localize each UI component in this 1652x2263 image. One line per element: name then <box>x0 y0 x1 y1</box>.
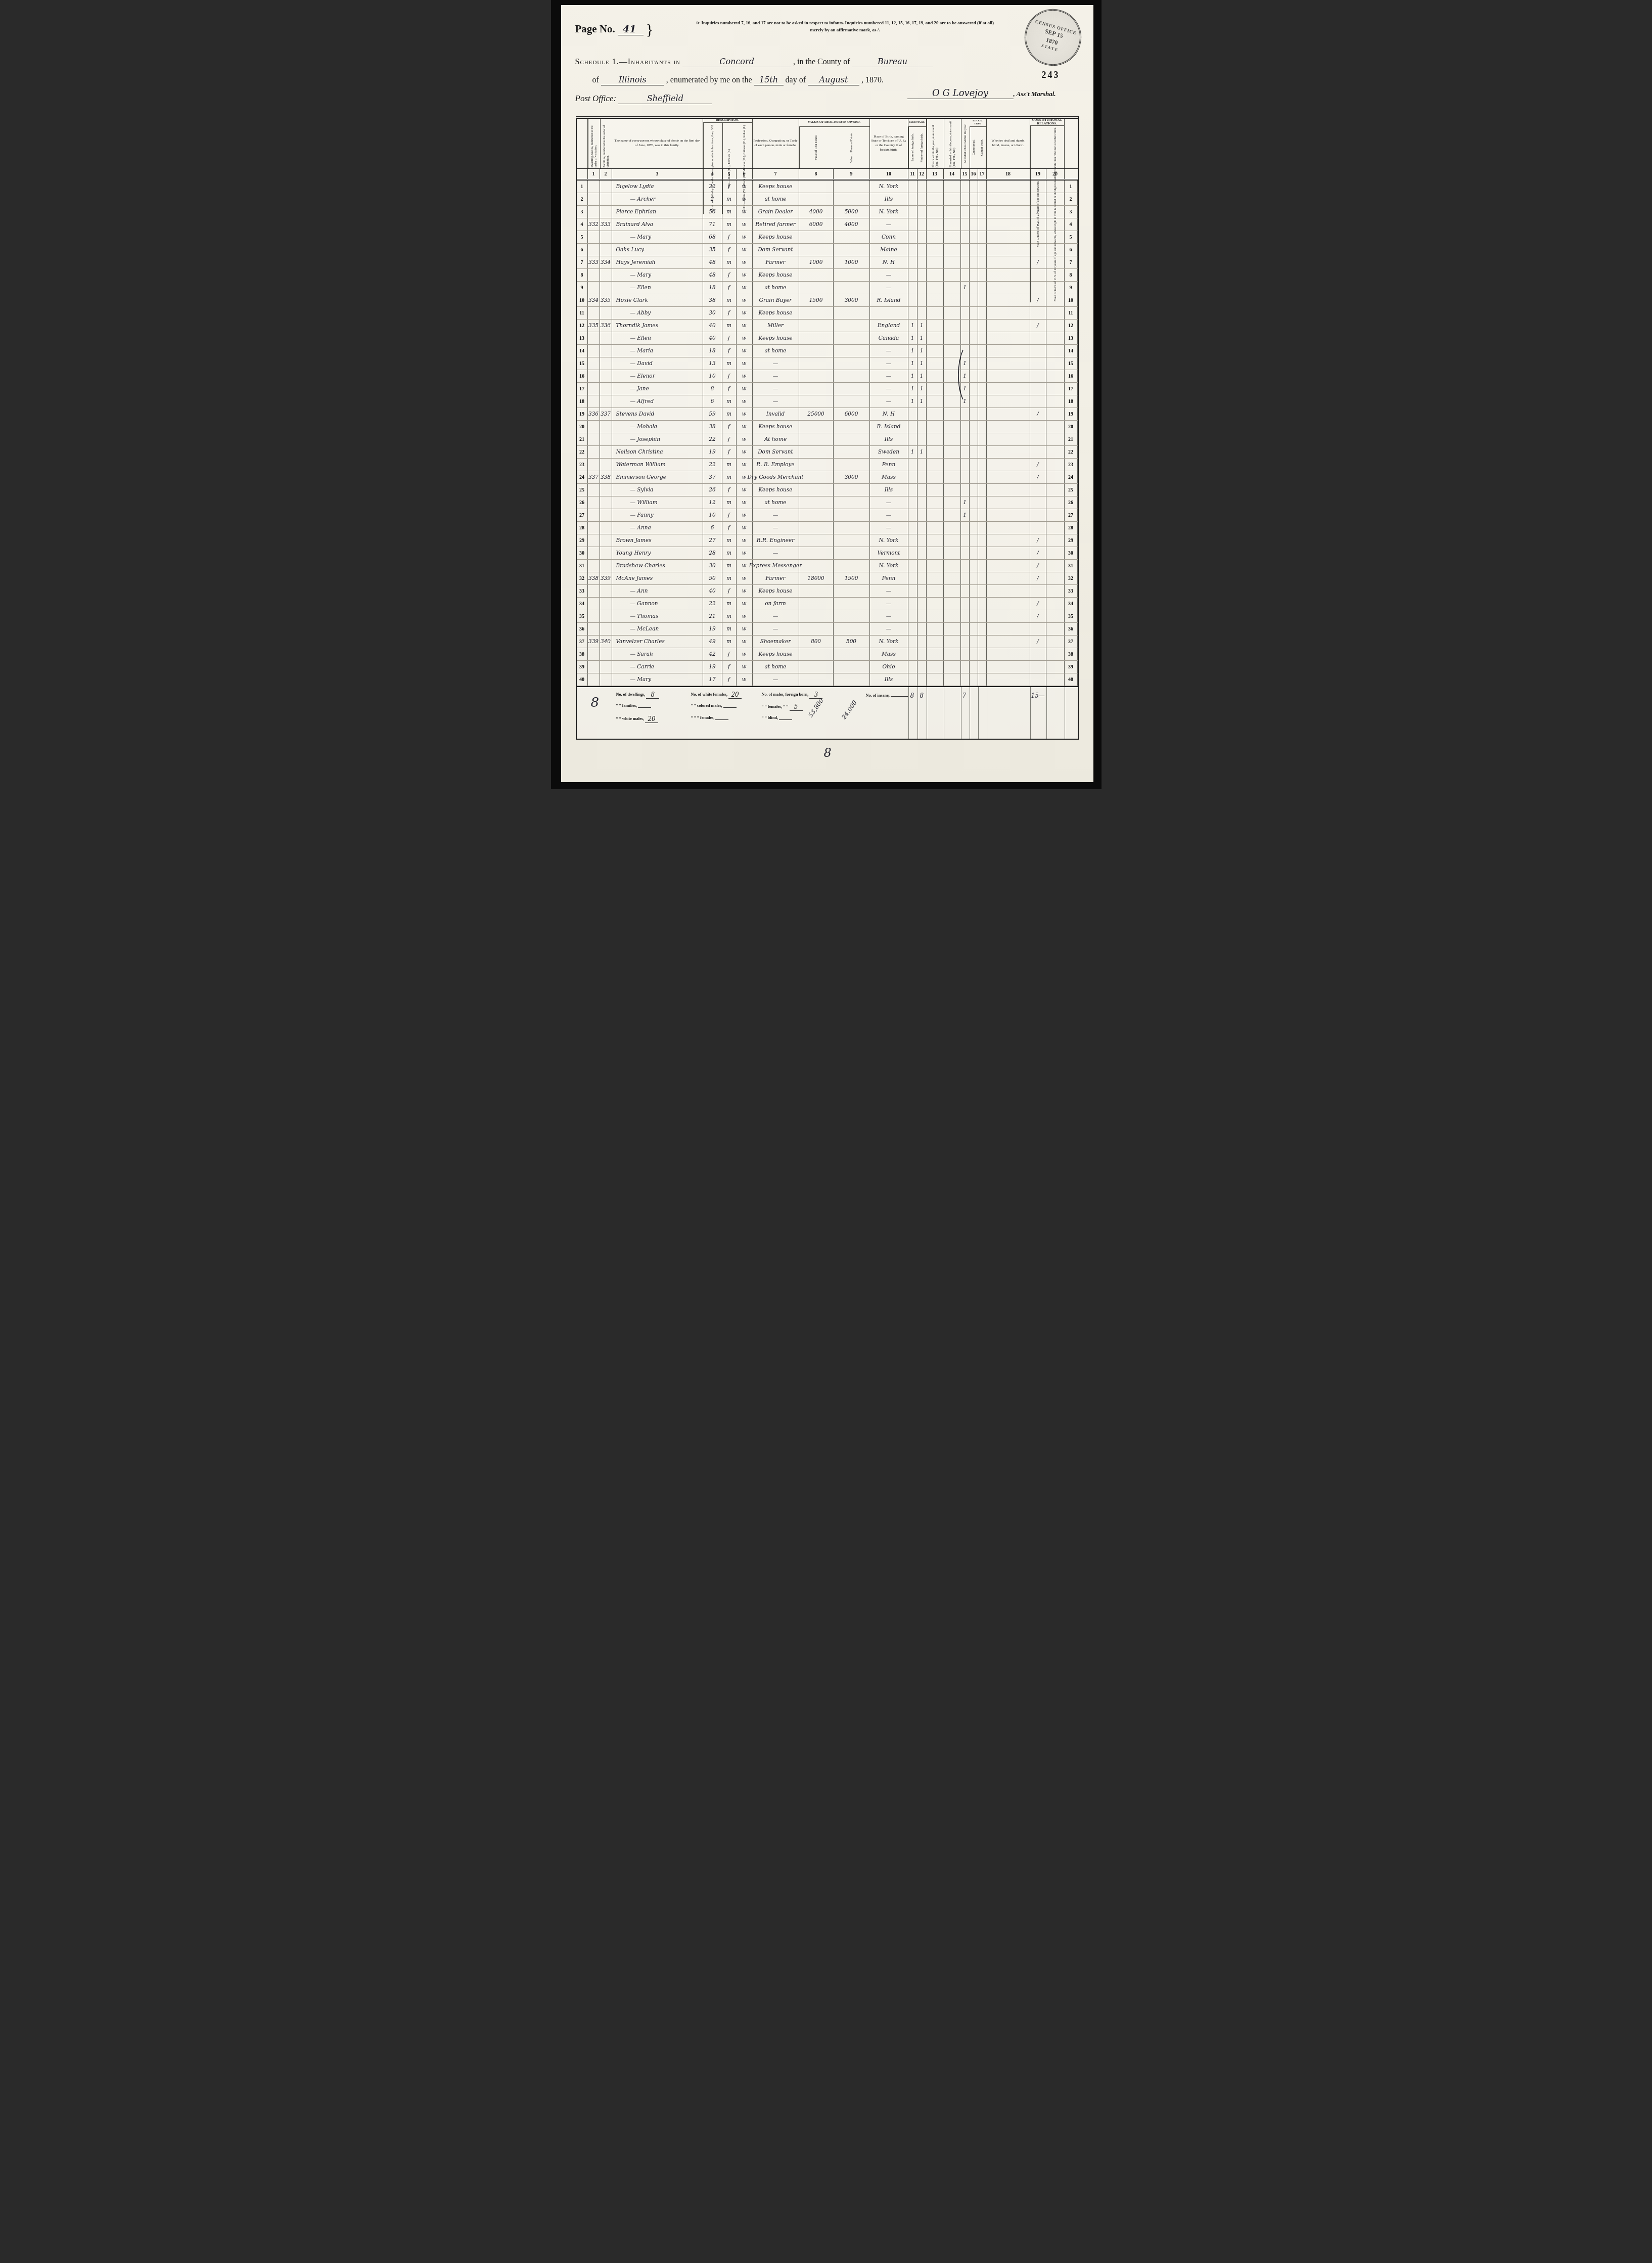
father-foreign-mark <box>908 471 917 483</box>
disability <box>987 294 1030 306</box>
family-number <box>600 459 612 471</box>
mother-foreign-mark <box>917 572 927 584</box>
summary-item-label: “ “ colored males, <box>691 703 722 708</box>
row-number-left: 14 <box>577 345 588 357</box>
col-header-birthplace: Place of Birth, naming State or Territor… <box>870 119 908 168</box>
family-number <box>600 534 612 547</box>
personal-estate-value <box>834 421 870 433</box>
personal-estate-value: 500 <box>834 636 870 648</box>
color: w <box>737 623 753 635</box>
row-number-left: 18 <box>577 395 588 408</box>
male-citizen-mark <box>1030 661 1046 673</box>
table-row: 32 338 339 McAne James 50 m w Farmer 180… <box>577 572 1078 585</box>
disability <box>987 673 1030 686</box>
color: w <box>737 256 753 268</box>
real-estate-value <box>799 307 834 319</box>
cannot-write-mark <box>978 534 987 547</box>
personal-estate-value <box>834 648 870 660</box>
person-name: Bradshaw Charles <box>612 560 703 572</box>
vote-denied-mark <box>1046 421 1065 433</box>
occupation: Dry Goods Merchant <box>753 471 799 483</box>
row-number-right: 11 <box>1065 307 1078 319</box>
person-name: — Archer <box>612 193 703 205</box>
real-estate-value: 1500 <box>799 294 834 306</box>
person-name: Pierce Ephrian <box>612 206 703 218</box>
person-name: — William <box>612 496 703 509</box>
disability <box>987 218 1030 231</box>
birthplace: Mass <box>870 648 908 660</box>
real-estate-value <box>799 320 834 332</box>
marriage-month <box>944 648 961 660</box>
vote-denied-mark <box>1046 560 1065 572</box>
father-foreign-mark <box>908 610 917 622</box>
birthplace: — <box>870 370 908 382</box>
age: 59 <box>703 408 722 420</box>
color: w <box>737 383 753 395</box>
male-citizens-total: 15— <box>1031 692 1045 699</box>
row-number-left: 2 <box>577 193 588 205</box>
summary-item: “ “ “ females, <box>691 715 762 723</box>
sex: m <box>722 572 737 584</box>
col-header-name: The name of every person whose place of … <box>612 119 703 168</box>
mother-foreign-mark <box>917 636 927 648</box>
attended-school-mark <box>961 484 970 496</box>
attended-school-mark: 1 <box>961 383 970 395</box>
row-number-left: 12 <box>577 320 588 332</box>
row-number-left: 16 <box>577 370 588 382</box>
attended-school-mark <box>961 218 970 231</box>
mother-foreign-mark: 1 <box>917 395 927 408</box>
table-row: 7 333 334 Hays Jeremiah 48 m w Farmer 10… <box>577 256 1078 269</box>
table-body: 1 Bigelow Lydia 22 f w Keeps house N. Yo… <box>577 180 1078 686</box>
disability <box>987 547 1030 559</box>
mother-foreign-mark <box>917 648 927 660</box>
row-number-left: 13 <box>577 332 588 344</box>
below-table-area: 8 <box>571 740 1083 782</box>
dwelling-number <box>588 180 600 193</box>
dwelling-number <box>588 345 600 357</box>
column-number-row: 1 2 3 4 5 6 7 8 9 10 11 12 13 14 15 16 1… <box>577 169 1078 180</box>
age: 71 <box>703 218 722 231</box>
table-row: 24 337 338 Emmerson George 37 m w Dry Go… <box>577 471 1078 484</box>
cannot-read-mark <box>970 636 978 648</box>
real-estate-value <box>799 610 834 622</box>
disability <box>987 193 1030 205</box>
age: 40 <box>703 320 722 332</box>
cannot-write-mark <box>978 471 987 483</box>
dwelling-number <box>588 231 600 243</box>
row-number-right: 33 <box>1065 585 1078 597</box>
disability <box>987 572 1030 584</box>
occupation: at home <box>753 193 799 205</box>
row-number-right: 20 <box>1065 421 1078 433</box>
birth-month <box>927 383 944 395</box>
marriage-month <box>944 610 961 622</box>
page-number-label: Page No. <box>575 23 615 35</box>
person-name: Young Henry <box>612 547 703 559</box>
sex: m <box>722 598 737 610</box>
cannot-read-mark <box>970 623 978 635</box>
marriage-month <box>944 572 961 584</box>
real-estate-value <box>799 471 834 483</box>
table-row: 11 — Abby 30 f w Keeps house 11 <box>577 307 1078 320</box>
birth-month <box>927 193 944 205</box>
sex: f <box>722 383 737 395</box>
attended-school-mark <box>961 269 970 281</box>
mother-foreign-mark <box>917 661 927 673</box>
marshal-signature-block: O G Lovejoy, Ass't Marshal. <box>907 88 1056 99</box>
color: w <box>737 320 753 332</box>
birthplace: England <box>870 320 908 332</box>
personal-estate-value <box>834 623 870 635</box>
summary-item: “ “ white males, 20 <box>616 715 691 723</box>
father-foreign-mark: 1 <box>908 320 917 332</box>
male-citizen-mark: / <box>1030 560 1046 572</box>
sex: m <box>722 206 737 218</box>
personal-estate-value <box>834 282 870 294</box>
mother-foreign-mark <box>917 673 927 686</box>
occupation: At home <box>753 433 799 445</box>
day-of-label: day of <box>786 76 806 84</box>
table-row: 1 Bigelow Lydia 22 f w Keeps house N. Yo… <box>577 180 1078 193</box>
real-estate-value <box>799 585 834 597</box>
row-number-right: 38 <box>1065 648 1078 660</box>
family-number: 334 <box>600 256 612 268</box>
real-estate-value <box>799 244 834 256</box>
vote-denied-mark <box>1046 395 1065 408</box>
disability <box>987 471 1030 483</box>
cannot-read-mark <box>970 484 978 496</box>
disability <box>987 345 1030 357</box>
male-citizen-mark: / <box>1030 218 1046 231</box>
summary-item-value <box>638 707 651 708</box>
cannot-write-mark <box>978 320 987 332</box>
vote-denied-mark <box>1046 534 1065 547</box>
marshal-signature: O G Lovejoy <box>932 88 988 99</box>
mother-foreign-mark <box>917 610 927 622</box>
personal-estate-value <box>834 484 870 496</box>
birth-month <box>927 395 944 408</box>
mother-foreign-mark: 1 <box>917 320 927 332</box>
row-number-left: 11 <box>577 307 588 319</box>
personal-estate-value <box>834 661 870 673</box>
age: 10 <box>703 509 722 521</box>
attended-school-mark <box>961 408 970 420</box>
dwelling-number <box>588 648 600 660</box>
father-foreign-mark <box>908 585 917 597</box>
summary-item: No. of white females, 20 <box>691 691 762 699</box>
cannot-read-mark <box>970 661 978 673</box>
occupation: Keeps house <box>753 585 799 597</box>
birth-month <box>927 509 944 521</box>
row-number-right: 39 <box>1065 661 1078 673</box>
attended-school-mark <box>961 610 970 622</box>
male-citizen-mark: / <box>1030 534 1046 547</box>
family-number <box>600 623 612 635</box>
cannot-write-mark <box>978 395 987 408</box>
mother-foreign-mark <box>917 598 927 610</box>
birthplace: — <box>870 395 908 408</box>
dwelling-number <box>588 269 600 281</box>
occupation: at home <box>753 661 799 673</box>
age: 56 <box>703 206 722 218</box>
birthplace: N. York <box>870 206 908 218</box>
family-number <box>600 421 612 433</box>
birthplace: Ills <box>870 433 908 445</box>
male-citizen-mark: / <box>1030 206 1046 218</box>
row-number-right: 26 <box>1065 496 1078 509</box>
cannot-write-mark <box>978 496 987 509</box>
age: 38 <box>703 294 722 306</box>
attended-school-mark <box>961 534 970 547</box>
group-description: Description. Age at last birth-day. If u… <box>703 119 753 168</box>
mother-foreign-mark <box>917 522 927 534</box>
row-number-right: 40 <box>1065 673 1078 686</box>
father-foreign-mark <box>908 598 917 610</box>
cannot-read-mark <box>970 395 978 408</box>
age: 19 <box>703 661 722 673</box>
father-foreign-mark <box>908 218 917 231</box>
district-blank: Concord <box>682 57 791 67</box>
table-row: 18 — Alfred 6 m w — — 1 1 1 18 <box>577 395 1078 408</box>
row-number-left: 25 <box>577 484 588 496</box>
birth-month <box>927 282 944 294</box>
col-num-11: 11 <box>908 169 917 179</box>
post-office-blank: Sheffield <box>618 94 712 104</box>
personal-estate-value <box>834 307 870 319</box>
summary-item: “ “ families, <box>616 703 691 711</box>
sex: m <box>722 256 737 268</box>
cannot-write-mark <box>978 446 987 458</box>
family-number <box>600 332 612 344</box>
cannot-read-mark <box>970 572 978 584</box>
birthplace: R. Island <box>870 294 908 306</box>
cannot-write-mark <box>978 218 987 231</box>
table-row: 23 Waterman William 22 m w R. R. Employe… <box>577 459 1078 471</box>
row-number-left: 35 <box>577 610 588 622</box>
table-row: 6 Oaks Lucy 35 f w Dom Servant Maine 6 <box>577 244 1078 256</box>
personal-estate-value <box>834 560 870 572</box>
color: w <box>737 673 753 686</box>
mother-foreign-mark <box>917 256 927 268</box>
dwelling-number <box>588 421 600 433</box>
cannot-read-mark <box>970 673 978 686</box>
color: w <box>737 370 753 382</box>
vote-denied-mark <box>1046 598 1065 610</box>
color: w <box>737 534 753 547</box>
personal-estate-value: 1500 <box>834 572 870 584</box>
summary-item-value: 8 <box>646 691 659 699</box>
age: 12 <box>703 496 722 509</box>
group-constitutional: Constitutional Relations. Male Citizens … <box>1030 119 1065 168</box>
father-foreign-mark <box>908 560 917 572</box>
mother-foreign-mark <box>917 484 927 496</box>
dwelling-number: 335 <box>588 320 600 332</box>
vote-denied-mark <box>1046 383 1065 395</box>
mother-foreign-mark <box>917 534 927 547</box>
male-citizen-mark <box>1030 269 1046 281</box>
form-header: Page No. 41 } ☞ Inquiries numbered 7, 16… <box>571 11 1083 116</box>
person-name: — Gannon <box>612 598 703 610</box>
table-row: 39 — Carrie 19 f w at home Ohio 39 <box>577 661 1078 673</box>
district-value: Concord <box>719 57 754 66</box>
male-citizen-mark <box>1030 623 1046 635</box>
occupation: Keeps house <box>753 180 799 193</box>
occupation: on farm <box>753 598 799 610</box>
birth-month <box>927 585 944 597</box>
marriage-month <box>944 218 961 231</box>
real-estate-value: 6000 <box>799 218 834 231</box>
table-row: 31 Bradshaw Charles 30 m w Express Messe… <box>577 560 1078 572</box>
marriage-month <box>944 636 961 648</box>
summary-item-value: 5 <box>790 703 803 711</box>
enumeration-line: of Illinois , enumerated by me on the 15… <box>592 75 884 85</box>
birth-month <box>927 332 944 344</box>
summary-item-label: “ “ white males, <box>616 716 645 721</box>
age: 21 <box>703 610 722 622</box>
occupation: Keeps house <box>753 231 799 243</box>
family-number <box>600 547 612 559</box>
row-number-left: 39 <box>577 661 588 673</box>
insane-label: No. of insane, <box>866 693 890 698</box>
disability <box>987 598 1030 610</box>
row-number-right: 2 <box>1065 193 1078 205</box>
sex: m <box>722 560 737 572</box>
person-name: — Mohala <box>612 421 703 433</box>
dwelling-number <box>588 282 600 294</box>
group-constitutional-title: Constitutional Relations. <box>1030 119 1064 126</box>
row-number-left: 32 <box>577 572 588 584</box>
vote-denied-mark <box>1046 357 1065 370</box>
marriage-month <box>944 560 961 572</box>
cannot-write-mark <box>978 269 987 281</box>
personal-estate-value: 6000 <box>834 408 870 420</box>
row-number-left: 17 <box>577 383 588 395</box>
row-number-right: 12 <box>1065 320 1078 332</box>
cannot-read-mark <box>970 522 978 534</box>
row-number-right: 31 <box>1065 560 1078 572</box>
person-name: Brainard Alva <box>612 218 703 231</box>
sex: m <box>722 395 737 408</box>
color: w <box>737 408 753 420</box>
summary-item-value <box>715 719 728 720</box>
personal-estate-value <box>834 370 870 382</box>
row-number-right: 15 <box>1065 357 1078 370</box>
disability <box>987 610 1030 622</box>
marriage-month <box>944 623 961 635</box>
scanned-census-page: Page No. 41 } ☞ Inquiries numbered 7, 16… <box>551 0 1102 789</box>
father-foreign-mark <box>908 509 917 521</box>
father-foreign-mark <box>908 459 917 471</box>
age: 13 <box>703 357 722 370</box>
marriage-month <box>944 585 961 597</box>
person-name: Waterman William <box>612 459 703 471</box>
mother-foreign-mark <box>917 509 927 521</box>
dwelling-number <box>588 433 600 445</box>
person-name: Brown James <box>612 534 703 547</box>
sex: f <box>722 370 737 382</box>
cannot-write-mark <box>978 383 987 395</box>
attended-school-mark <box>961 180 970 193</box>
cannot-read-mark <box>970 294 978 306</box>
disability <box>987 636 1030 648</box>
personal-estate-value <box>834 509 870 521</box>
row-number-left: 8 <box>577 269 588 281</box>
sex: f <box>722 446 737 458</box>
marriage-month <box>944 459 961 471</box>
cannot-write-mark <box>978 193 987 205</box>
dwelling-number <box>588 673 600 686</box>
mother-foreign-mark <box>917 307 927 319</box>
birth-month <box>927 534 944 547</box>
disability <box>987 383 1030 395</box>
row-number-right: 3 <box>1065 206 1078 218</box>
table-row: 20 — Mohala 38 f w Keeps house R. Island… <box>577 421 1078 433</box>
table-row: 22 Neilson Christina 19 f w Dom Servant … <box>577 446 1078 459</box>
mother-foreign-mark <box>917 433 927 445</box>
table-row: 19 336 337 Stevens David 59 m w Invalid … <box>577 408 1078 421</box>
birthplace: N. York <box>870 180 908 193</box>
birth-month <box>927 610 944 622</box>
person-name: — Maria <box>612 345 703 357</box>
personal-estate-value <box>834 534 870 547</box>
table-row: 40 — Mary 17 f w — Ills 40 <box>577 673 1078 686</box>
personal-estate-value <box>834 496 870 509</box>
summary-item-value <box>723 707 737 708</box>
father-foreign-mark <box>908 231 917 243</box>
color: w <box>737 206 753 218</box>
male-citizen-mark <box>1030 307 1046 319</box>
birthplace: N. H <box>870 256 908 268</box>
attended-school-mark <box>961 459 970 471</box>
attended-school-mark: 1 <box>961 370 970 382</box>
schedule-line: Schedule 1.—Inhabitants in Concord , in … <box>575 57 933 67</box>
father-foreign-mark: 1 <box>908 332 917 344</box>
occupation: Keeps house <box>753 484 799 496</box>
cannot-write-mark <box>978 231 987 243</box>
cannot-read-mark <box>970 471 978 483</box>
col-num-8: 8 <box>799 169 834 179</box>
birth-month <box>927 408 944 420</box>
attended-school-mark <box>961 560 970 572</box>
row-number-left: 28 <box>577 522 588 534</box>
col-num-16: 16 <box>970 169 978 179</box>
real-estate-value <box>799 193 834 205</box>
person-name: — Carrie <box>612 661 703 673</box>
birthplace: — <box>870 345 908 357</box>
col-num-7: 7 <box>753 169 799 179</box>
row-number-right: 23 <box>1065 459 1078 471</box>
person-name: — Thomas <box>612 610 703 622</box>
real-estate-value <box>799 484 834 496</box>
person-name: — Ann <box>612 585 703 597</box>
page-number-value: 41 <box>618 24 643 35</box>
male-citizen-mark: / <box>1030 256 1046 268</box>
county-prefix: , in the County of <box>793 58 850 66</box>
age: 6 <box>703 395 722 408</box>
attended-school-mark <box>961 320 970 332</box>
family-number: 336 <box>600 320 612 332</box>
col-header-personal-estate: Value of Personal Estate. <box>834 127 870 168</box>
sex: m <box>722 320 737 332</box>
age: 50 <box>703 572 722 584</box>
family-number <box>600 598 612 610</box>
row-number-left: 30 <box>577 547 588 559</box>
disability <box>987 534 1030 547</box>
summary-item-label: “ “ “ females, <box>691 715 715 720</box>
mother-foreign-mark <box>917 623 927 635</box>
group-real-estate-title: Value of Real Estate Owned. <box>799 119 869 127</box>
